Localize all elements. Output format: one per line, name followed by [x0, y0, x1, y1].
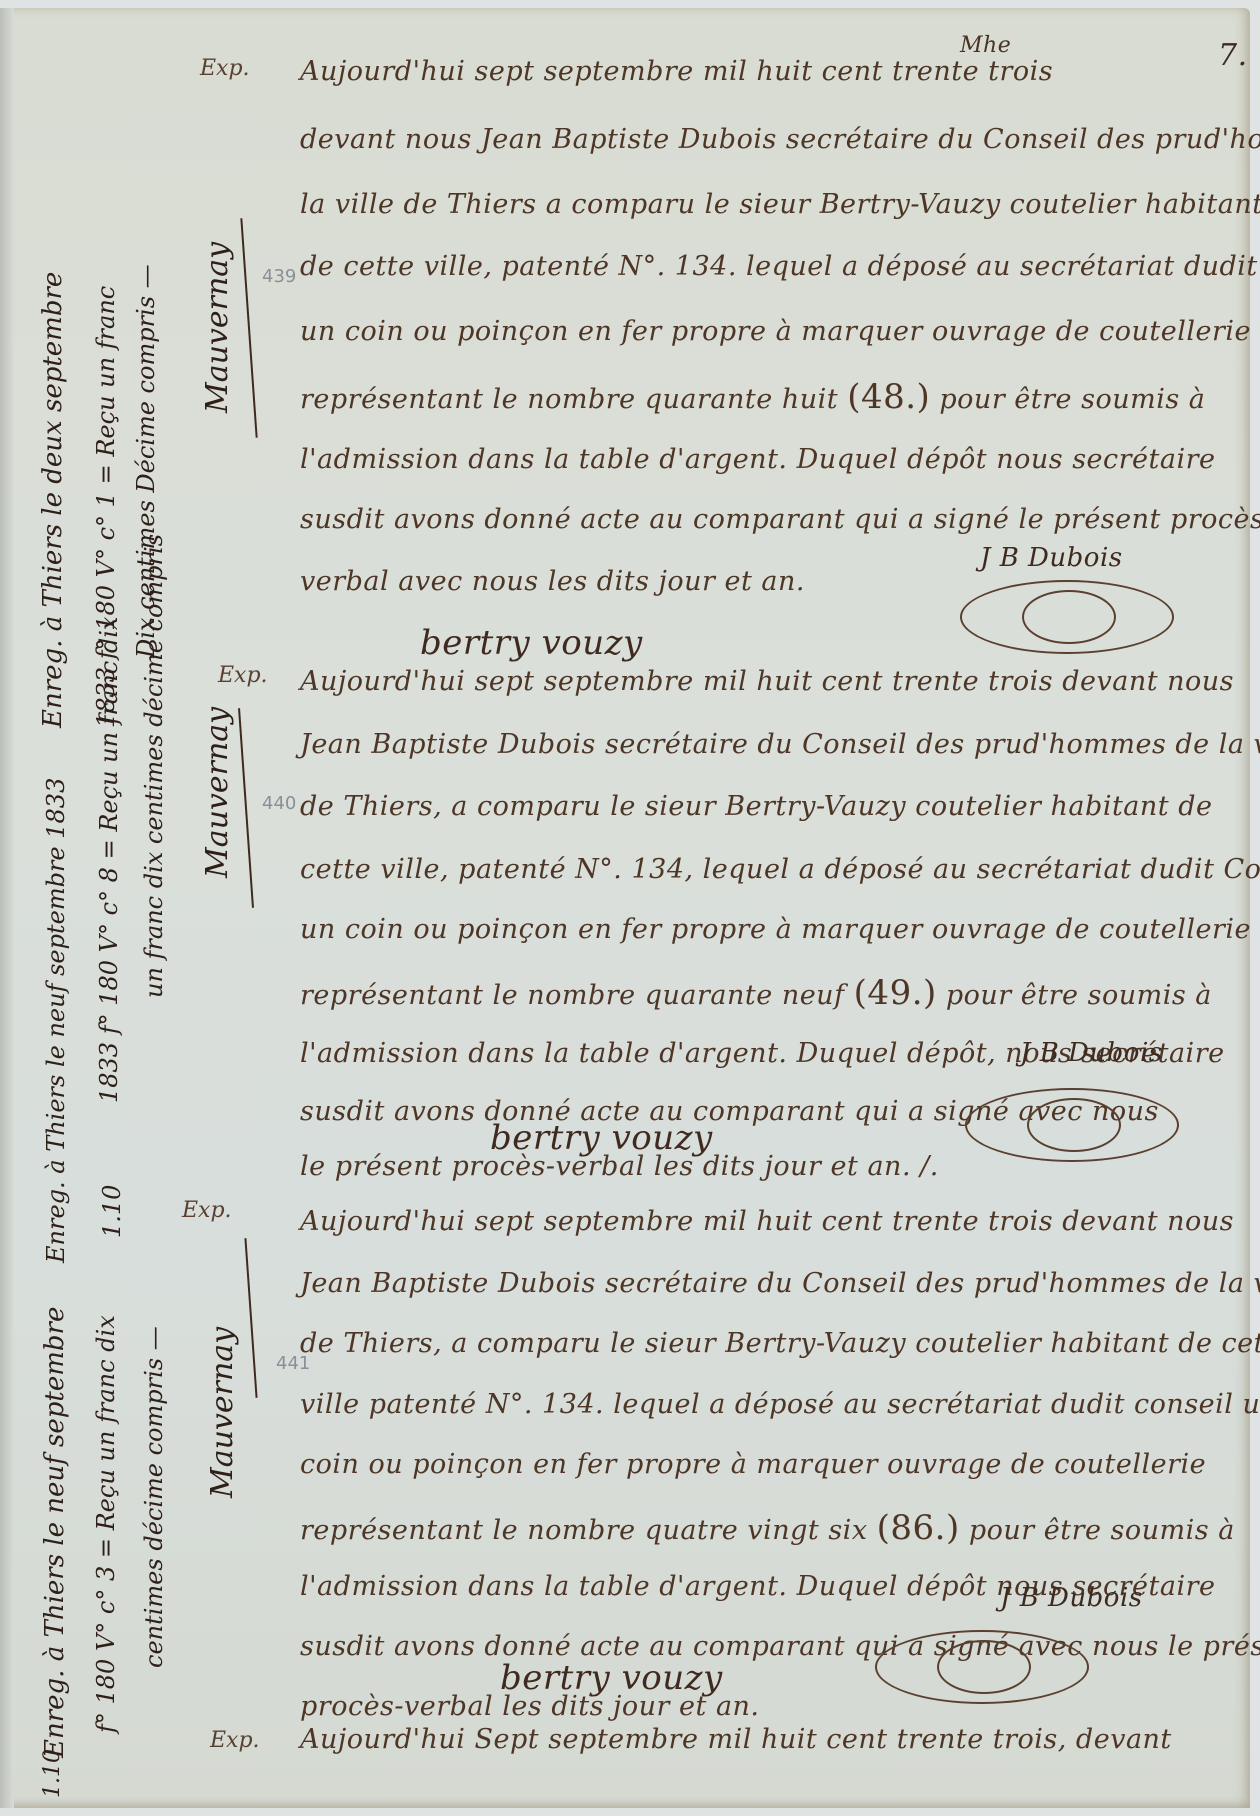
margin-note-2-line-2: 1833 f° 180 V° c° 8 = Reçu un franc dix	[95, 617, 123, 1103]
margin-note-3-line-2: f° 180 V° c° 3 = Reçu un franc dix	[92, 1315, 120, 1733]
entry-1-folio: 439	[262, 266, 296, 287]
entry-2-number-value: (49.)	[854, 973, 937, 1013]
entry-3-line-1: Aujourd'hui sept septembre mil huit cent…	[300, 1208, 1240, 1235]
entry-1-line-6: représentant le nombre quarante huit (48…	[300, 380, 1240, 414]
margin-amount-2: 1.10	[40, 1749, 65, 1798]
entry-2-party-signature: bertry vouzy	[490, 1118, 713, 1158]
margin-note-3-line-1: Enreg. à Thiers le neuf septembre	[40, 1307, 70, 1758]
entry-2-label: Exp.	[218, 663, 268, 688]
entry-3-line-4: ville patenté N°. 134. lequel a déposé a…	[300, 1391, 1240, 1418]
entry-3-line-5: coin ou poinçon en fer propre à marquer …	[300, 1451, 1240, 1478]
entry-1-line-8: susdit avons donné acte au comparant qui…	[300, 506, 1240, 533]
entry-4-line-1: Aujourd'hui Sept septembre mil huit cent…	[300, 1726, 1240, 1753]
page-binding-edge	[0, 8, 14, 1808]
margin-note-2-line-3: un franc dix centimes décime compris	[140, 534, 168, 998]
margin-3-signature-flourish	[244, 1238, 257, 1398]
entry-3-line-8: susdit avons donné acte au comparant qui…	[300, 1633, 1240, 1660]
entry-1-line-7: l'admission dans la table d'argent. Duqu…	[300, 446, 1240, 473]
header-annotation: Mhe	[960, 33, 1011, 58]
entry-1-line-3: la ville de Thiers a comparu le sieur Be…	[300, 191, 1240, 218]
entry-3-line-9: procès-verbal les dits jour et an.	[300, 1693, 1240, 1720]
margin-2-collector-signature: Mauvernay	[200, 707, 235, 878]
margin-note-3-line-3: centimes décime compris —	[140, 1326, 168, 1668]
entry-2-number-suffix: pour être soumis à	[946, 980, 1212, 1011]
entry-2-line-6: représentant le nombre quarante neuf (49…	[300, 976, 1240, 1010]
entry-3-number-value: (86.)	[877, 1508, 960, 1548]
register-page: Mhe 7. Exp. 439 Aujourd'hui sept septemb…	[0, 8, 1250, 1808]
entry-3-line-3: de Thiers, a comparu le sieur Bertry-Vau…	[300, 1330, 1240, 1357]
margin-3-collector-signature: Mauvernay	[205, 1327, 240, 1498]
entry-1-line-1: Aujourd'hui sept septembre mil huit cent…	[300, 58, 1240, 85]
entry-1-number-suffix: pour être soumis à	[939, 384, 1205, 415]
entry-1-party-signature: bertry vouzy	[420, 623, 643, 663]
entry-1-label: Exp.	[200, 56, 250, 81]
margin-2-signature-flourish	[238, 708, 254, 908]
entry-3-number-suffix: pour être soumis à	[969, 1515, 1235, 1546]
entry-1-number-text: représentant le nombre quarante huit	[300, 384, 838, 415]
entry-2-clerk-paraph	[965, 1088, 1179, 1162]
entry-3-clerk-signature: J B Dubois	[1000, 1583, 1143, 1613]
entry-1-clerk-signature: J B Dubois	[980, 543, 1123, 573]
entry-2-line-2: Jean Baptiste Dubois secrétaire du Conse…	[300, 731, 1240, 758]
entry-3-line-2: Jean Baptiste Dubois secrétaire du Conse…	[300, 1270, 1240, 1297]
entry-1-line-5: un coin ou poinçon en fer propre à marqu…	[300, 318, 1240, 345]
entry-1-line-2: devant nous Jean Baptiste Dubois secréta…	[300, 126, 1240, 153]
entry-3-number-text: représentant le nombre quatre vingt six	[300, 1515, 868, 1546]
entry-2-line-1: Aujourd'hui sept septembre mil huit cent…	[300, 668, 1240, 695]
margin-note-1-line-1: Enreg. à Thiers le deux septembre	[38, 272, 68, 728]
margin-1-signature-flourish	[240, 218, 257, 438]
entry-3-label: Exp.	[182, 1198, 232, 1223]
entry-1-clerk-paraph	[960, 580, 1174, 654]
entry-1-line-4: de cette ville, patenté N°. 134. lequel …	[300, 253, 1240, 280]
entry-2-line-4: cette ville, patenté N°. 134, lequel a d…	[300, 856, 1240, 883]
entry-2-clerk-signature: J B Dubois	[1020, 1038, 1163, 1068]
entry-3-line-6: représentant le nombre quatre vingt six …	[300, 1511, 1240, 1545]
margin-note-2-line-1: Enreg. à Thiers le neuf septembre 1833	[42, 778, 70, 1263]
entry-3-clerk-paraph	[875, 1630, 1089, 1704]
entry-2-line-3: de Thiers, a comparu le sieur Bertry-Vau…	[300, 793, 1240, 820]
entry-2-number-text: représentant le nombre quarante neuf	[300, 980, 845, 1011]
entry-2-line-5: un coin ou poinçon en fer propre à marqu…	[300, 916, 1240, 943]
entry-2-folio: 440	[262, 793, 296, 814]
margin-1-collector-signature: Mauvernay	[200, 242, 235, 413]
margin-amount-1: 1.10	[98, 1185, 126, 1238]
entry-4-label: Exp.	[210, 1728, 260, 1753]
entry-3-party-signature: bertry vouzy	[500, 1658, 723, 1698]
entry-1-number-value: (48.)	[847, 377, 930, 417]
